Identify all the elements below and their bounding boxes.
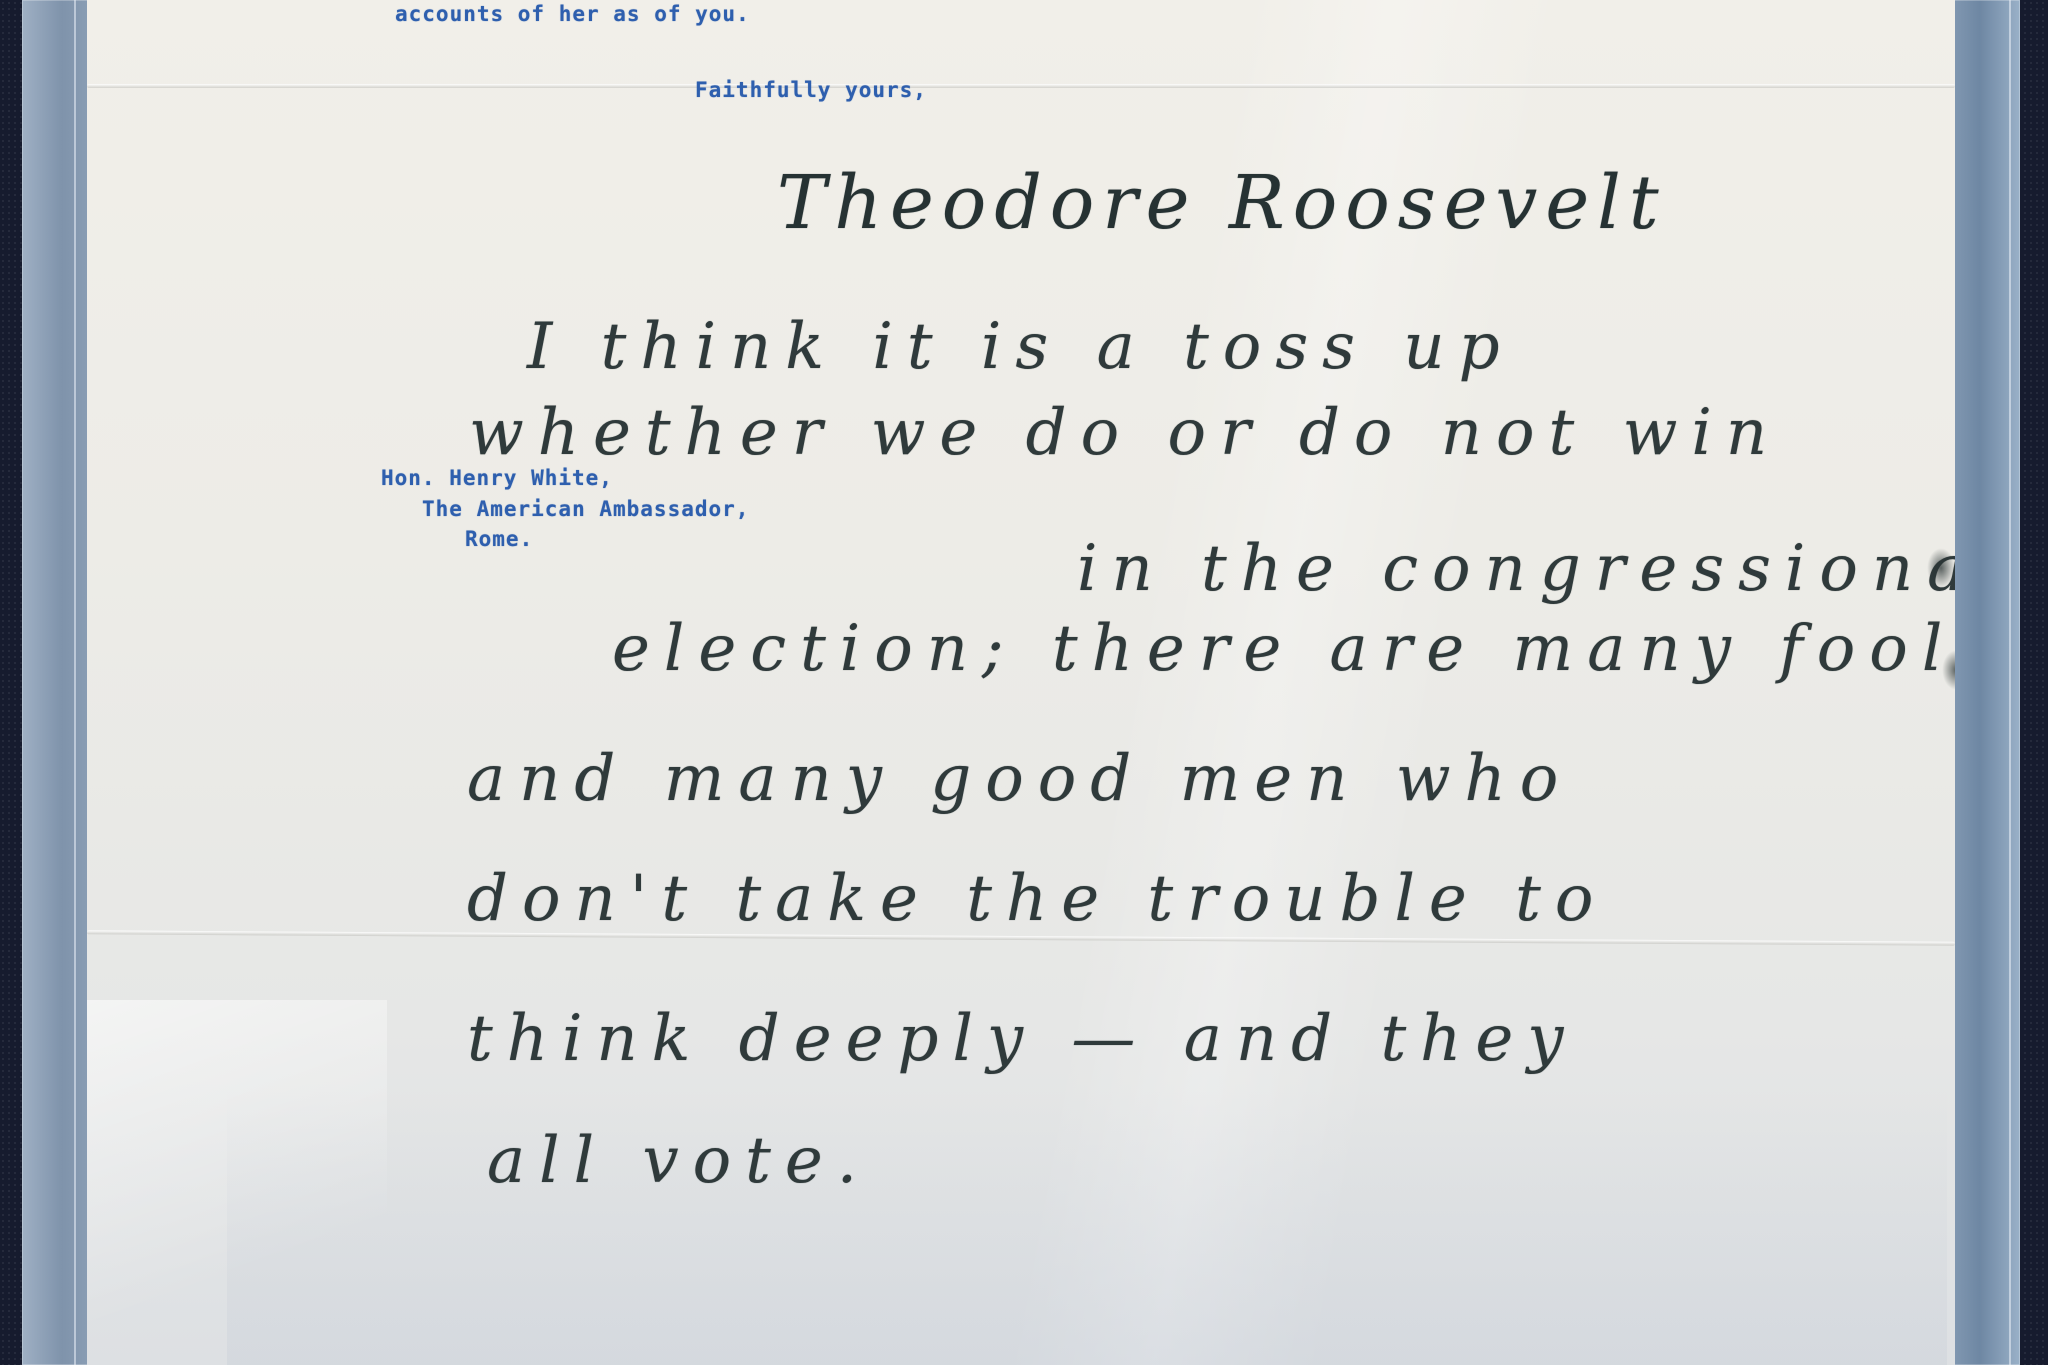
addressee-city: Rome. — [465, 527, 533, 551]
addressee-name: Hon. Henry White, — [381, 466, 613, 490]
sleeve-edge-left — [74, 0, 76, 1365]
postscript-line: think deeply — and they — [467, 1002, 1577, 1076]
postscript-line: and many good men who — [467, 742, 1572, 816]
letter-page: accounts of her as of you. Faithfully yo… — [87, 0, 1955, 1365]
typed-valediction: Faithfully yours, — [695, 78, 927, 102]
typed-closing-line: accounts of her as of you. — [395, 2, 750, 26]
postscript-line: whether we do or do not win — [469, 396, 1781, 470]
postscript-line: all vote. — [487, 1124, 871, 1198]
signature: Theodore Roosevelt — [777, 160, 1667, 246]
postscript-line: don't take the trouble to — [467, 862, 1607, 936]
paper-fold-top — [87, 84, 1955, 88]
postscript-line: I think it is a toss up — [527, 310, 1514, 384]
postscript-line: election; there are many fools, — [612, 612, 1955, 686]
addressee-title: The American Ambassador, — [422, 497, 749, 521]
sleeve-edge-right — [2009, 0, 2011, 1365]
ink-smudge — [1927, 548, 1955, 588]
postscript-line: in the congressional — [1077, 532, 1955, 606]
paper-shadow — [227, 1090, 1947, 1365]
